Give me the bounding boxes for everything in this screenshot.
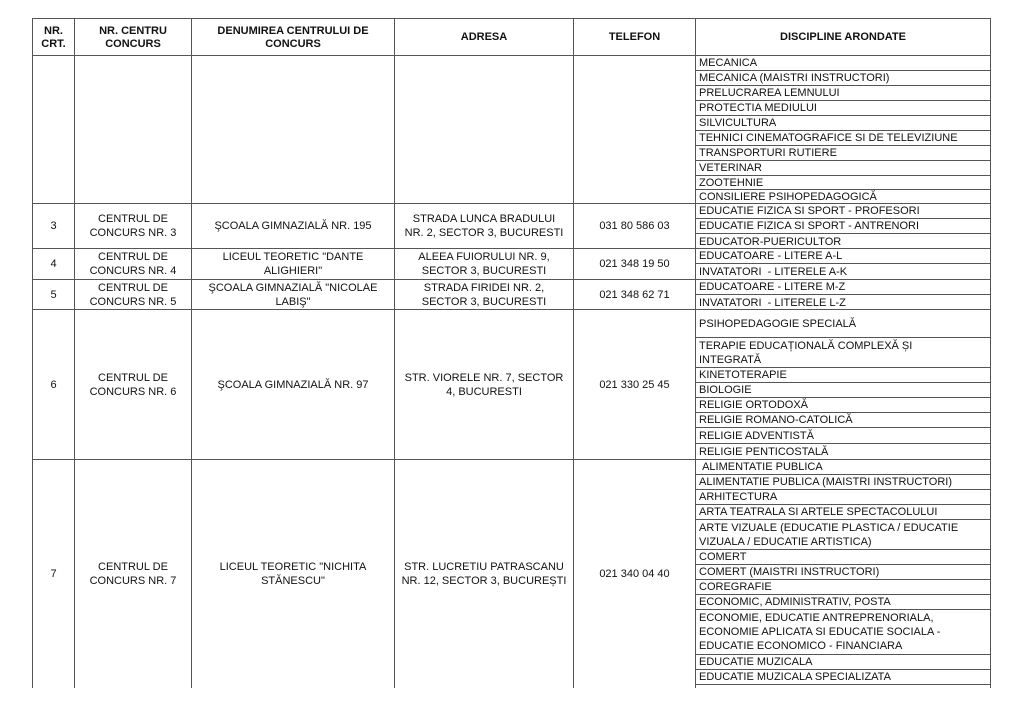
discipline-item: BIOLOGIE	[696, 383, 990, 398]
cell-adresa: STRADA FIRIDEI NR. 2, SECTOR 3, BUCUREST…	[395, 280, 574, 309]
discipline-item: EDUCATOARE - LITERE M-Z	[696, 280, 990, 295]
discipline-item: EDUCATOR-PUERICULTOR	[696, 234, 990, 249]
cell-nr-centru: CENTRUL DE CONCURS NR. 4	[75, 249, 192, 279]
header-nr-crt: NR. CRT.	[33, 19, 75, 56]
cell-denumire: LICEUL TEORETIC "DANTE ALIGHIERI"	[192, 249, 395, 279]
cell-telefon: 031 80 586 03	[574, 204, 696, 248]
cell-denumire-text: ŞCOALA GIMNAZIALĂ "NICOLAE LABIŞ"	[209, 281, 378, 309]
header-discipline: DISCIPLINE ARONDATE	[696, 19, 990, 56]
discipline-item: MECANICA (MAISTRI INSTRUCTORI)	[696, 71, 990, 86]
discipline-list: MECANICAMECANICA (MAISTRI INSTRUCTORI)PR…	[696, 56, 990, 203]
header-nr-centru: NR. CENTRU CONCURS	[75, 19, 192, 56]
table-row: 5CENTRUL DE CONCURS NR. 5ŞCOALA GIMNAZIA…	[32, 280, 991, 310]
discipline-list: EDUCATOARE - LITERE A-LINVATATORI - LITE…	[696, 249, 990, 279]
cell-adresa-text: STRADA FIRIDEI NR. 2, SECTOR 3, BUCUREST…	[422, 281, 547, 309]
cell-nr-crt: 4	[33, 249, 75, 279]
cell-denumire: ŞCOALA GIMNAZIALĂ "NICOLAE LABIŞ"	[192, 280, 395, 309]
discipline-item: VETERINAR	[696, 161, 990, 176]
discipline-item: RELIGIE ORTODOXĂ	[696, 398, 990, 413]
cell-telefon: 021 348 62 71	[574, 280, 696, 309]
discipline-item: INVATATORI - LITERELE L-Z	[696, 295, 990, 310]
discipline-item: RELIGIE ADVENTISTĂ	[696, 428, 990, 444]
header-adresa: ADRESA	[395, 19, 574, 56]
cell-adresa-text: STR. VIORELE NR. 7, SECTOR 4, BUCURESTI	[405, 371, 564, 399]
table-header: NR. CRT. NR. CENTRU CONCURS DENUMIREA CE…	[32, 18, 991, 56]
cell-nr-centru-text: CENTRUL DE CONCURS NR. 3	[90, 212, 177, 240]
cell-nr-crt-text: 5	[50, 288, 56, 302]
discipline-item: TRANSPORTURI RUTIERE	[696, 146, 990, 161]
cell-nr-centru: CENTRUL DE CONCURS NR. 5	[75, 280, 192, 309]
cell-telefon: 021 330 25 45	[574, 310, 696, 459]
cell-adresa: STR. VIORELE NR. 7, SECTOR 4, BUCURESTI	[395, 310, 574, 459]
discipline-item: EDUCATIE MUZICALA	[696, 655, 990, 670]
header-discipline-label: DISCIPLINE ARONDATE	[780, 31, 906, 44]
cell-nr-centru: CENTRUL DE CONCURS NR. 6	[75, 310, 192, 459]
cell-nr-centru-text: CENTRUL DE CONCURS NR. 4	[90, 250, 177, 278]
cell-nr-crt: 7	[33, 460, 75, 688]
cell-adresa: ALEEA FUIORULUI NR. 9, SECTOR 3, BUCURES…	[395, 249, 574, 279]
cell-denumire: LICEUL TEORETIC "NICHITA STĂNESCU"	[192, 460, 395, 688]
discipline-item: ZOOTEHNIE	[696, 176, 990, 190]
table-row: MECANICAMECANICA (MAISTRI INSTRUCTORI)PR…	[32, 56, 991, 204]
cell-adresa-text: STR. LUCRETIU PATRASCANU NR. 12, SECTOR …	[402, 560, 567, 588]
cell-nr-centru: CENTRUL DE CONCURS NR. 3	[75, 204, 192, 248]
cell-nr-centru	[75, 56, 192, 203]
cell-nr-crt: 6	[33, 310, 75, 459]
cell-denumire-text: LICEUL TEORETIC "DANTE ALIGHIERI"	[223, 250, 364, 278]
cell-adresa: STR. LUCRETIU PATRASCANU NR. 12, SECTOR …	[395, 460, 574, 688]
cell-telefon: 021 348 19 50	[574, 249, 696, 279]
discipline-item: COMERT (MAISTRI INSTRUCTORI)	[696, 565, 990, 580]
discipline-item: EDUCATIE FIZICA SI SPORT - ANTRENORI	[696, 219, 990, 234]
header-telefon-label: TELEFON	[609, 31, 660, 44]
discipline-item: RELIGIE ROMANO-CATOLICĂ	[696, 413, 990, 428]
discipline-item: ECONOMIC, ADMINISTRATIV, POSTA	[696, 595, 990, 610]
header-telefon: TELEFON	[574, 19, 696, 56]
cell-nr-centru-text: CENTRUL DE CONCURS NR. 6	[90, 371, 177, 399]
cell-adresa-text: ALEEA FUIORULUI NR. 9, SECTOR 3, BUCURES…	[418, 250, 549, 278]
cell-adresa	[395, 56, 574, 203]
discipline-list: ALIMENTATIE PUBLICAALIMENTATIE PUBLICA (…	[696, 460, 990, 688]
cell-adresa-text: STRADA LUNCA BRADULUI NR. 2, SECTOR 3, B…	[405, 212, 564, 240]
header-adresa-label: ADRESA	[461, 31, 507, 44]
header-denumire: DENUMIREA CENTRULUI DE CONCURS	[192, 19, 395, 56]
cell-telefon-text: 021 340 04 40	[599, 567, 669, 581]
header-denumire-label: DENUMIREA CENTRULUI DE CONCURS	[217, 25, 368, 51]
discipline-item: ARHITECTURA	[696, 490, 990, 505]
discipline-item: TERAPIE EDUCAȚIONALĂ COMPLEXĂ ȘI INTEGRA…	[696, 338, 990, 368]
discipline-item: ARTA TEATRALA SI ARTELE SPECTACOLULUI	[696, 505, 990, 520]
discipline-item: PRELUCRAREA LEMNULUI	[696, 86, 990, 101]
header-nr-crt-label: NR. CRT.	[41, 25, 65, 51]
discipline-item: KINETOTERAPIE	[696, 368, 990, 383]
discipline-item: MECANICA	[696, 56, 990, 71]
discipline-item: PROTECTIA MEDIULUI	[696, 101, 990, 116]
table-row: 6CENTRUL DE CONCURS NR. 6ŞCOALA GIMNAZIA…	[32, 310, 991, 460]
discipline-item: ALIMENTATIE PUBLICA	[696, 460, 990, 475]
discipline-list: EDUCATOARE - LITERE M-ZINVATATORI - LITE…	[696, 280, 990, 309]
discipline-item: PSIHOPEDAGOGIE SPECIALĂ	[696, 310, 990, 338]
discipline-item: ALIMENTATIE PUBLICA (MAISTRI INSTRUCTORI…	[696, 475, 990, 490]
cell-adresa: STRADA LUNCA BRADULUI NR. 2, SECTOR 3, B…	[395, 204, 574, 248]
cell-nr-crt: 5	[33, 280, 75, 309]
cell-telefon-text: 031 80 586 03	[599, 219, 669, 233]
cell-nr-crt-text: 7	[50, 567, 56, 581]
discipline-item: ECONOMIE, EDUCATIE ANTREPRENORIALA, ECON…	[696, 610, 990, 655]
discipline-list: PSIHOPEDAGOGIE SPECIALĂTERAPIE EDUCAȚION…	[696, 310, 990, 459]
discipline-item: EDUCATIE MUZICALA SPECIALIZATA	[696, 670, 990, 685]
cell-telefon: 021 340 04 40	[574, 460, 696, 688]
header-nr-centru-label: NR. CENTRU CONCURS	[99, 25, 167, 51]
cell-nr-crt-text: 6	[50, 378, 56, 392]
cell-nr-centru: CENTRUL DE CONCURS NR. 7	[75, 460, 192, 688]
discipline-item: EDUCATOARE - LITERE A-L	[696, 249, 990, 264]
cell-nr-crt-text: 4	[50, 257, 56, 271]
discipline-item: TEHNICI CINEMATOGRAFICE SI DE TELEVIZIUN…	[696, 131, 990, 146]
discipline-item: COMERT	[696, 550, 990, 565]
discipline-item: RELIGIE PENTICOSTALĂ	[696, 444, 990, 460]
cell-nr-crt: 3	[33, 204, 75, 248]
cell-denumire-text: ŞCOALA GIMNAZIALĂ NR. 97	[218, 378, 369, 392]
cell-telefon-text: 021 348 19 50	[599, 257, 669, 271]
cell-nr-centru-text: CENTRUL DE CONCURS NR. 5	[90, 281, 177, 309]
cell-telefon-text: 021 348 62 71	[599, 288, 669, 302]
cell-telefon-text: 021 330 25 45	[599, 378, 669, 392]
cell-denumire: ŞCOALA GIMNAZIALĂ NR. 97	[192, 310, 395, 459]
discipline-item: EDUCATIE FIZICA SI SPORT - PROFESORI	[696, 204, 990, 219]
cell-nr-crt	[33, 56, 75, 203]
table-row: 3CENTRUL DE CONCURS NR. 3ŞCOALA GIMNAZIA…	[32, 204, 991, 249]
cell-telefon	[574, 56, 696, 203]
discipline-item: SILVICULTURA	[696, 116, 990, 131]
discipline-item: CONSILIERE PSIHOPEDAGOGICĂ	[696, 190, 990, 204]
discipline-list: EDUCATIE FIZICA SI SPORT - PROFESORIEDUC…	[696, 204, 990, 248]
table-row: 7CENTRUL DE CONCURS NR. 7LICEUL TEORETIC…	[32, 460, 991, 688]
cell-denumire-text: ŞCOALA GIMNAZIALĂ NR. 195	[214, 219, 371, 233]
cell-denumire	[192, 56, 395, 203]
table-row: 4CENTRUL DE CONCURS NR. 4LICEUL TEORETIC…	[32, 249, 991, 280]
cell-nr-crt-text: 3	[50, 219, 56, 233]
cell-denumire: ŞCOALA GIMNAZIALĂ NR. 195	[192, 204, 395, 248]
discipline-item: ARTE VIZUALE (EDUCATIE PLASTICA / EDUCAT…	[696, 520, 990, 550]
cell-denumire-text: LICEUL TEORETIC "NICHITA STĂNESCU"	[220, 560, 367, 588]
discipline-item: COREGRAFIE	[696, 580, 990, 595]
discipline-item: INVATATORI - LITERELE A-K	[696, 264, 990, 280]
cell-nr-centru-text: CENTRUL DE CONCURS NR. 7	[90, 560, 177, 588]
